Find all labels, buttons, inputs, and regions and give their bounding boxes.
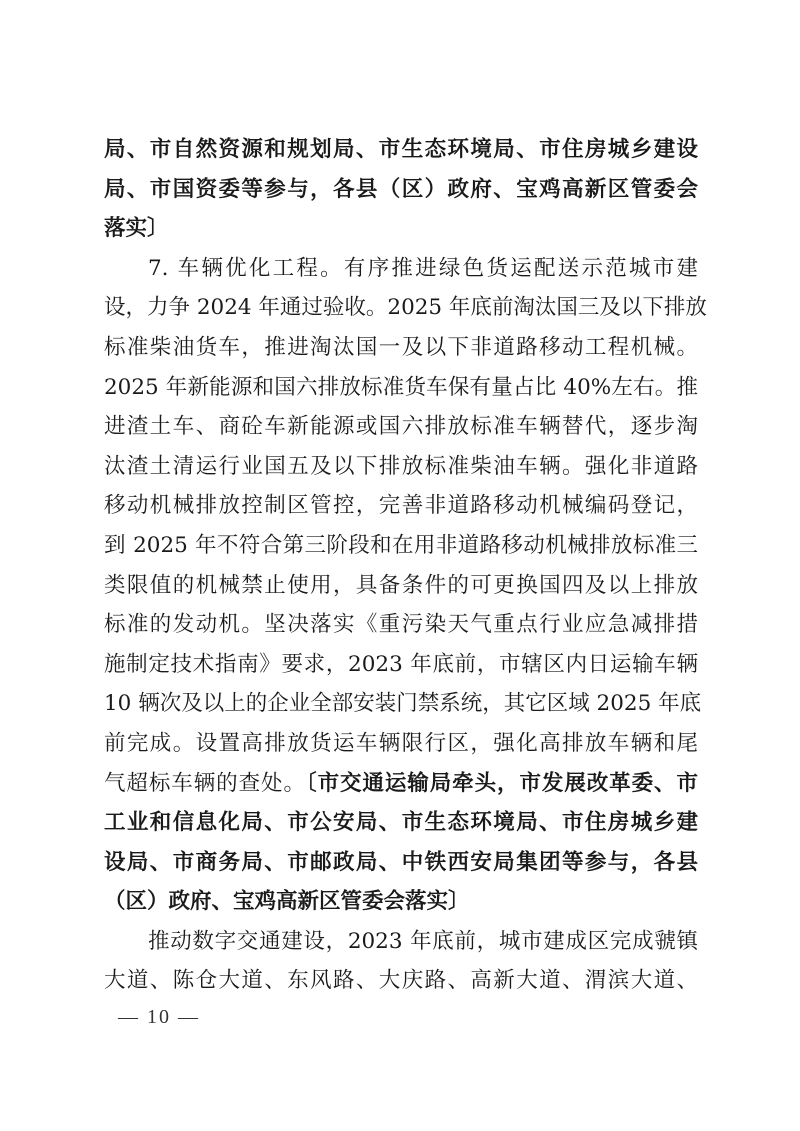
section-heading-vehicle-optimization: 7. 车辆优化工程。有序推进绿色货运配送示范城市建	[104, 249, 698, 289]
text-line-14: 施制定技术指南》要求，2023 年底前，市辖区内日运输车辆	[104, 645, 698, 685]
responsible-agencies-note: 〔市交通运输局牵头，市发展改革委、市	[306, 771, 698, 796]
text-segment-plain: 气超标车辆的查处。	[104, 771, 306, 796]
text-line-16: 前完成。设置高排放货运车辆限行区，强化高排放车辆和尾	[104, 724, 698, 764]
page-number: — 10 —	[118, 1006, 200, 1029]
text-line-11: 到 2025 年不符合第三阶段和在用非道路移动机械排放标准三	[104, 526, 698, 566]
text-line-10: 移动机械排放控制区管控，完善非道路移动机械编码登记，	[104, 486, 698, 526]
text-line-20: （区）政府、宝鸡高新区管委会落实〕	[104, 882, 698, 922]
text-line-3: 落实〕	[104, 209, 698, 249]
text-line-2: 局、市国资委等参与，各县（区）政府、宝鸡高新区管委会	[104, 170, 698, 210]
document-page: 局、市自然资源和规划局、市生态环境局、市住房城乡建设 局、市国资委等参与，各县（…	[104, 130, 698, 1001]
text-line-9: 汰渣土清运行业国五及以下排放标准柴油车辆。强化非道路	[104, 447, 698, 487]
text-line-18: 工业和信息化局、市公安局、市生态环境局、市住房城乡建	[104, 803, 698, 843]
text-line-15: 10 辆次及以上的企业全部安装门禁系统，其它区域 2025 年底	[104, 684, 698, 724]
text-line-21: 推动数字交通建设，2023 年底前，城市建成区完成虢镇	[104, 922, 698, 962]
text-line-6: 标准柴油货车，推进淘汰国一及以下非道路移动工程机械。	[104, 328, 698, 368]
text-line-22: 大道、陈仓大道、东风路、大庆路、高新大道、渭滨大道、	[104, 961, 698, 1001]
text-line-1: 局、市自然资源和规划局、市生态环境局、市住房城乡建设	[104, 130, 698, 170]
text-line-8: 进渣土车、商砼车新能源或国六排放标准车辆替代，逐步淘	[104, 407, 698, 447]
text-line-12: 类限值的机械禁止使用，具备条件的可更换国四及以上排放	[104, 566, 698, 606]
text-line-19: 设局、市商务局、市邮政局、中铁西安局集团等参与，各县	[104, 843, 698, 883]
text-line-17: 气超标车辆的查处。〔市交通运输局牵头，市发展改革委、市	[104, 764, 698, 804]
text-line-13: 标准的发动机。坚决落实《重污染天气重点行业应急减排措	[104, 605, 698, 645]
text-line-5: 设，力争 2024 年通过验收。2025 年底前淘汰国三及以下排放	[104, 288, 698, 328]
text-line-7: 2025 年新能源和国六排放标准货车保有量占比 40%左右。推	[104, 368, 698, 408]
